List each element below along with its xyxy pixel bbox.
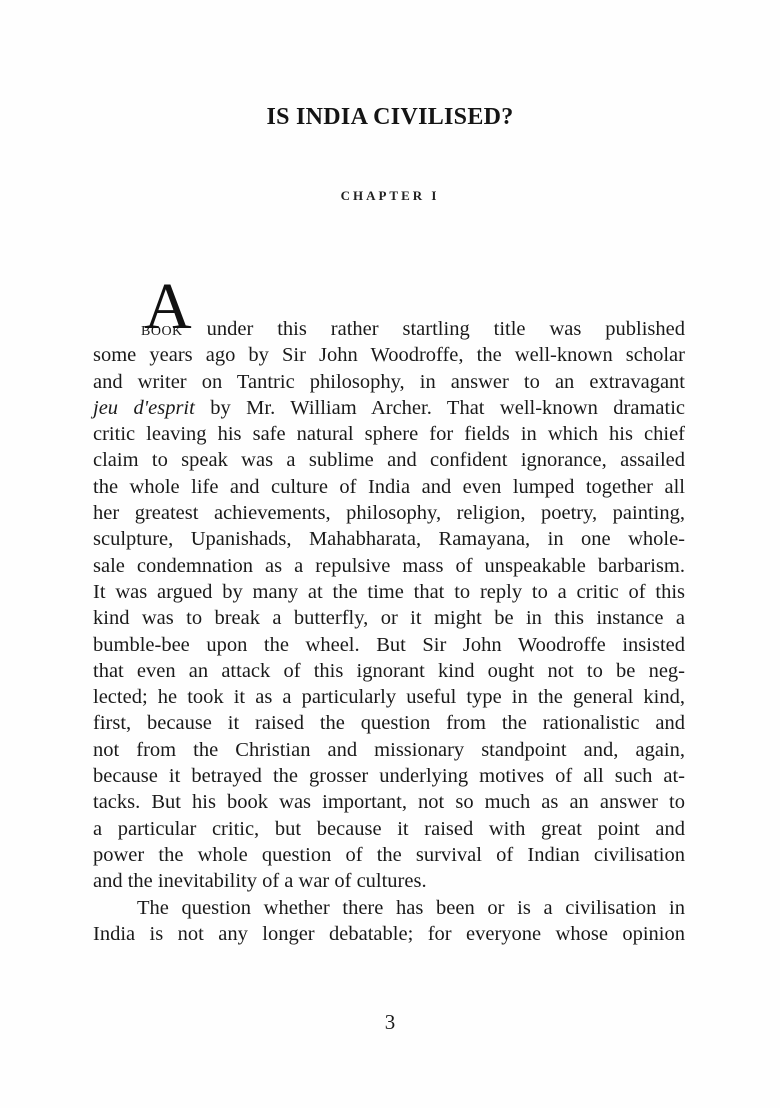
- text-line: sale condemnation as a repulsive mass of…: [93, 553, 685, 579]
- italic-phrase: jeu d'esprit: [93, 397, 195, 419]
- text-line: lected; he took it as a particularly use…: [93, 684, 685, 710]
- text-line: claim to speak was a sublime and confide…: [93, 447, 685, 473]
- page-number: 3: [0, 1010, 780, 1035]
- text-line: critic leaving his safe natural sphere f…: [93, 421, 685, 447]
- book-page: IS INDIA CIVILISED? CHAPTER I A book und…: [0, 0, 780, 1108]
- drop-cap: A: [144, 274, 192, 340]
- body-text: A book under this rather startling title…: [93, 316, 685, 947]
- text-line: some years ago by Sir John Woodroffe, th…: [93, 342, 685, 368]
- text-line: tacks. But his book was important, not s…: [93, 789, 685, 815]
- text-line: and writer on Tantric philosophy, in ans…: [93, 369, 685, 395]
- text-line: a particular critic, but because it rais…: [93, 816, 685, 842]
- text-line: that even an attack of this ignorant kin…: [93, 658, 685, 684]
- text-line: bumble-bee upon the wheel. But Sir John …: [93, 632, 685, 658]
- text-line: first, because it raised the question fr…: [93, 710, 685, 736]
- text-line: kind was to break a butterfly, or it mig…: [93, 605, 685, 631]
- text-line: because it betrayed the grosser underlyi…: [93, 763, 685, 789]
- text-line: her greatest achievements, philosophy, r…: [93, 500, 685, 526]
- text-line: and the inevitability of a war of cultur…: [93, 868, 685, 894]
- text-line: not from the Christian and missionary st…: [93, 737, 685, 763]
- text-line: It was argued by many at the time that t…: [93, 579, 685, 605]
- text-line: sculpture, Upanishads, Mahabharata, Rama…: [93, 526, 685, 552]
- text-line: The question whether there has been or i…: [93, 895, 685, 921]
- text-line: India is not any longer debatable; for e…: [93, 921, 685, 947]
- text-line: power the whole question of the survival…: [93, 842, 685, 868]
- text-line: the whole life and culture of India and …: [93, 474, 685, 500]
- chapter-heading: CHAPTER I: [0, 188, 780, 204]
- text-line: jeu d'esprit by Mr. William Archer. That…: [93, 395, 685, 421]
- book-title: IS INDIA CIVILISED?: [0, 104, 780, 131]
